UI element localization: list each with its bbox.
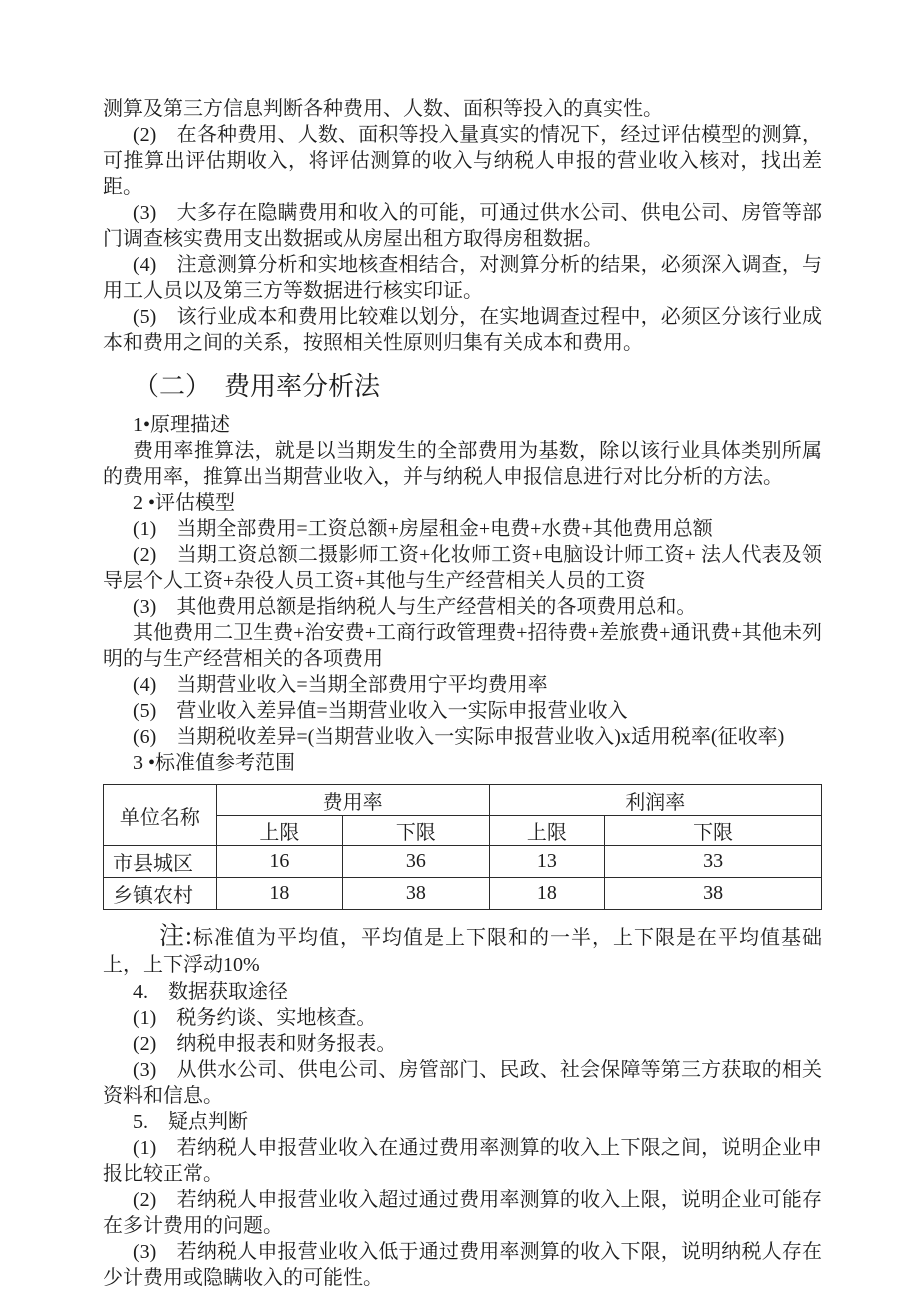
paragraph: 4. 数据获取途径 (103, 979, 822, 1005)
paragraph: 其他费用二卫生费+治安费+工商行政管理费+招待费+差旅费+通讯费+其他未列明的与… (103, 620, 822, 672)
paragraph: (1) 若纳税人申报营业收入在通过费用率测算的收入上下限之间，说明企业申报比较正… (103, 1135, 822, 1187)
paragraph: (4) 当期营业收入=当期全部费用宁平均费用率 (103, 672, 822, 698)
note-marker: 注: (159, 923, 192, 950)
table-cell-value: 38 (343, 878, 489, 910)
table-subheader-upper: 上限 (489, 816, 605, 846)
standards-table: 单位名称 费用率 利润率 上限 下限 上限 下限 市县城区 16 36 13 3… (103, 784, 822, 910)
table-header-profit-rate: 利润率 (489, 785, 821, 816)
table-cell-value: 33 (605, 846, 822, 878)
paragraph: (1) 当期全部费用=工资总额+房屋租金+电费+水费+其他费用总额 (103, 516, 822, 542)
table-header-cost-rate: 费用率 (216, 785, 489, 816)
paragraph: (6) 当期税收差异=(当期营业收入一实际申报营业收入)x适用税率(征收率) (103, 724, 822, 750)
paragraph: (3) 其他费用总额是指纳税人与生产经营相关的各项费用总和。 (103, 594, 822, 620)
note-text: 标准值为平均值，平均值是上下限和的一半，上下限是在平均值基础上，上下浮动10% (103, 927, 822, 976)
table-cell-value: 38 (605, 878, 822, 910)
table-subheader-lower: 下限 (343, 816, 489, 846)
table-cell-unit: 乡镇农村 (104, 878, 217, 910)
document-page: 测算及第三方信息判断各种费用、人数、面积等投入的真实性。 (2) 在各种费用、人… (0, 0, 920, 1303)
paragraph: (5) 该行业成本和费用比较难以划分，在实地调查过程中，必须区分该行业成本和费用… (103, 304, 822, 356)
table-cell-value: 18 (489, 878, 605, 910)
paragraph: (1) 税务约谈、实地核查。 (103, 1005, 822, 1031)
paragraph: 3 •标准值参考范围 (103, 750, 822, 776)
table-cell-value: 18 (216, 878, 342, 910)
table-cell-value: 36 (343, 846, 489, 878)
table-row: 市县城区 16 36 13 33 (104, 846, 822, 878)
table-note: 注:标准值为平均值，平均值是上下限和的一半，上下限是在平均值基础上，上下浮动10… (103, 923, 822, 979)
paragraph: (4) 注意测算分析和实地核查相结合，对测算分析的结果，必须深入调查，与用工人员… (103, 252, 822, 304)
table-cell-value: 16 (216, 846, 342, 878)
paragraph: (2) 若纳税人申报营业收入超过通过费用率测算的收入上限，说明企业可能存在多计费… (103, 1187, 822, 1239)
paragraph: (3) 从供水公司、供电公司、房管部门、民政、社会保障等第三方获取的相关资料和信… (103, 1057, 822, 1109)
table-subheader-upper: 上限 (216, 816, 342, 846)
paragraph: (2) 在各种费用、人数、面积等投入量真实的情况下，经过评估模型的测算，可推算出… (103, 122, 822, 200)
table-header-unit: 单位名称 (104, 785, 217, 846)
paragraph: (5) 营业收入差异值=当期营业收入一实际申报营业收入 (103, 698, 822, 724)
paragraph: (2) 当期工资总额二摄影师工资+化妆师工资+电脑设计师工资+ 法人代表及领导层… (103, 542, 822, 594)
table-subheader-lower: 下限 (605, 816, 822, 846)
table-cell-unit: 市县城区 (104, 846, 217, 878)
paragraph: (3) 若纳税人申报营业收入低于通过费用率测算的收入下限，说明纳税人存在少计费用… (103, 1239, 822, 1291)
paragraph: 费用率推算法，就是以当期发生的全部费用为基数，除以该行业具体类别所属的费用率，推… (103, 438, 822, 490)
paragraph: 测算及第三方信息判断各种费用、人数、面积等投入的真实性。 (103, 96, 822, 122)
paragraph: (2) 纳税申报表和财务报表。 (103, 1031, 822, 1057)
table-row: 乡镇农村 18 38 18 38 (104, 878, 822, 910)
paragraph: 2 •评估模型 (103, 490, 822, 516)
section-heading: （二） 费用率分析法 (103, 369, 822, 405)
paragraph: (3) 大多存在隐瞒费用和收入的可能，可通过供水公司、供电公司、房管等部门调查核… (103, 200, 822, 252)
paragraph: 1•原理描述 (103, 412, 822, 438)
table-cell-value: 13 (489, 846, 605, 878)
paragraph: 5. 疑点判断 (103, 1109, 822, 1135)
